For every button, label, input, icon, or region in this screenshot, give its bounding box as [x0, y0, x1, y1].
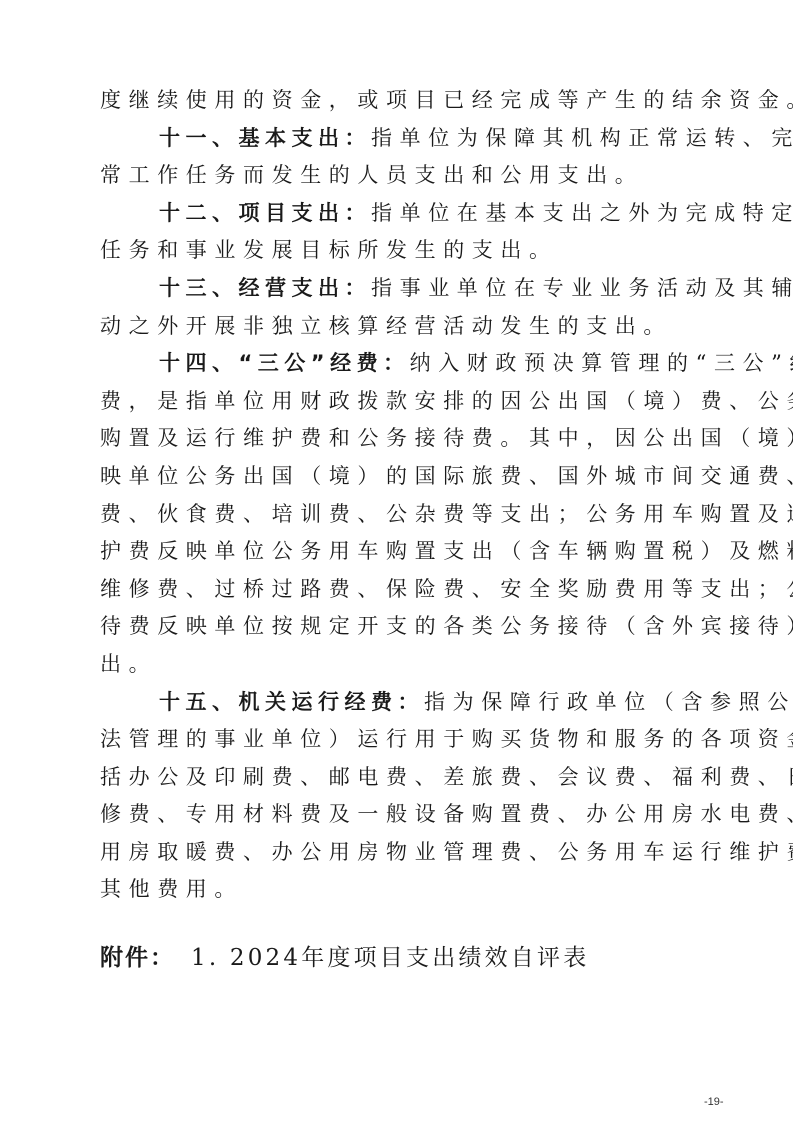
section-text-line: 护费反映单位公务用车购置支出（含车辆购置税）及燃料费、 — [100, 533, 700, 571]
section-text-line: 费，是指单位用财政拨款安排的因公出国（境）费、公务用车 — [100, 383, 700, 421]
section-text: 纳入财政预决算管理的“三公”经 — [410, 351, 793, 375]
section-text-line: 映单位公务出国（境）的国际旅费、国外城市间交通费、住宿 — [100, 458, 700, 496]
section-text: 指事业单位在专业业务活动及其辅助活 — [371, 276, 793, 300]
paragraph-continuation: 度继续使用的资金，或项目已经完成等产生的结余资金。 — [100, 82, 700, 120]
section-term: 十一、基本支出： — [159, 126, 371, 150]
page-number: -19- — [704, 1096, 724, 1108]
section-text-line: 其他费用。 — [100, 871, 700, 909]
section-text-line: 维修费、过桥过路费、保险费、安全奖励费用等支出；公务接 — [100, 571, 700, 609]
attachment-line: 附件：1. 2024年度项目支出绩效自评表 — [100, 938, 589, 978]
section-text: 指单位为保障其机构正常运转、完成日 — [371, 126, 793, 150]
section-term: 十二、项目支出： — [159, 201, 371, 225]
section-text-line: 动之外开展非独立核算经营活动发生的支出。 — [100, 308, 700, 346]
section-term: 十五、机关运行经费： — [159, 690, 424, 714]
document-page: 度继续使用的资金，或项目已经完成等产生的结余资金。 十一、基本支出：指单位为保障… — [0, 0, 793, 1122]
section-term: 十四、“三公”经费： — [159, 351, 410, 375]
section-text-line: 费、伙食费、培训费、公杂费等支出；公务用车购置及运行维 — [100, 496, 700, 534]
section-text-line: 常工作任务而发生的人员支出和公用支出。 — [100, 157, 700, 195]
section-project-expenditure: 十二、项目支出：指单位在基本支出之外为完成特定行政 — [100, 195, 700, 233]
section-text-line: 待费反映单位按规定开支的各类公务接待（含外宾接待）支 — [100, 608, 700, 646]
section-operating-expenditure: 十三、经营支出：指事业单位在专业业务活动及其辅助活 — [100, 270, 700, 308]
section-text-line: 法管理的事业单位）运行用于购买货物和服务的各项资金，包 — [100, 721, 700, 759]
section-text: 指单位在基本支出之外为完成特定行政 — [371, 201, 793, 225]
attachment-label: 附件： — [100, 945, 175, 971]
section-term: 十三、经营支出： — [159, 276, 371, 300]
section-text-line: 括办公及印刷费、邮电费、差旅费、会议费、福利费、日常维 — [100, 759, 700, 797]
document-body: 度继续使用的资金，或项目已经完成等产生的结余资金。 十一、基本支出：指单位为保障… — [100, 82, 700, 909]
section-text-line: 购置及运行维护费和公务接待费。其中，因公出国（境）费反 — [100, 420, 700, 458]
section-text-line: 出。 — [100, 646, 700, 684]
section-text-line: 任务和事业发展目标所发生的支出。 — [100, 232, 700, 270]
section-three-public-funds: 十四、“三公”经费：纳入财政预决算管理的“三公”经 — [100, 345, 700, 383]
section-basic-expenditure: 十一、基本支出：指单位为保障其机构正常运转、完成日 — [100, 120, 700, 158]
section-text: 指为保障行政单位（含参照公务员 — [424, 690, 793, 714]
section-text-line: 修费、专用材料费及一般设备购置费、办公用房水电费、办公 — [100, 796, 700, 834]
section-text-line: 用房取暖费、办公用房物业管理费、公务用车运行维护费以及 — [100, 834, 700, 872]
attachment-item: 1. 2024年度项目支出绩效自评表 — [191, 945, 589, 971]
section-agency-operating-funds: 十五、机关运行经费：指为保障行政单位（含参照公务员 — [100, 684, 700, 722]
